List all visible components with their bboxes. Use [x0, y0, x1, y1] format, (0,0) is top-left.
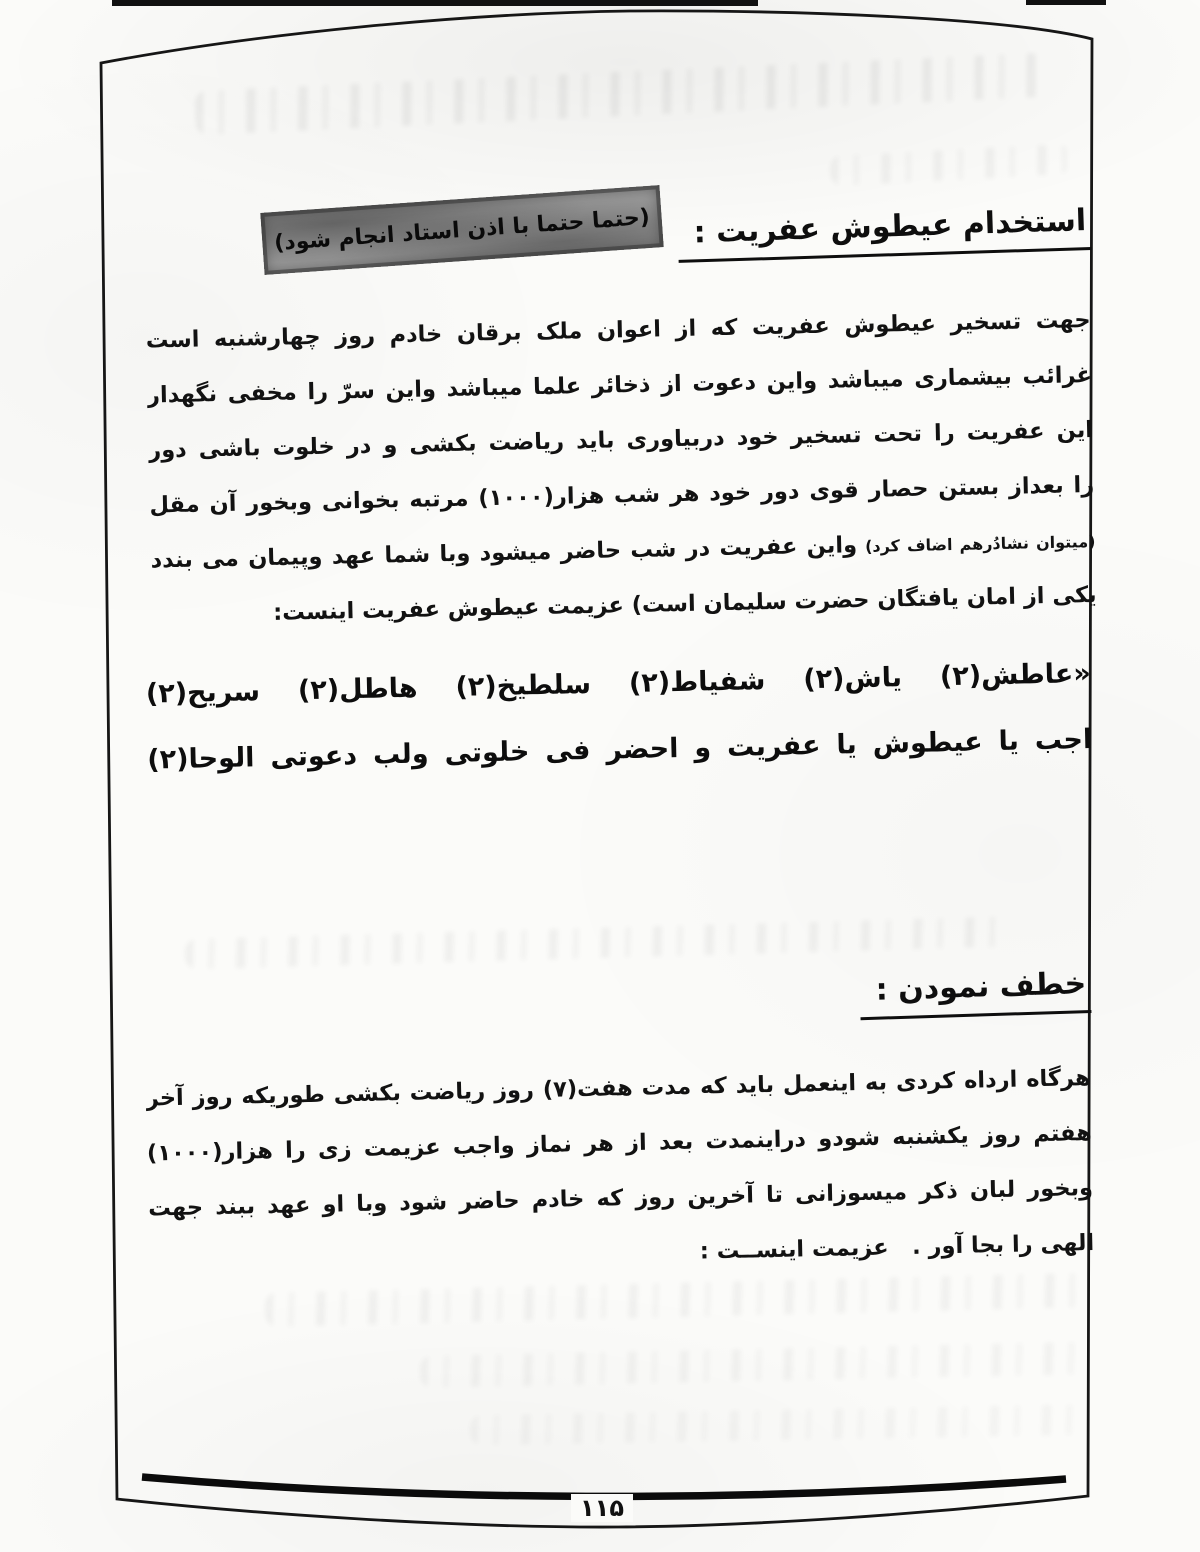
section-khatf-heading: خطف نمودن : — [859, 966, 1091, 1020]
page-content: استخدام عیطوش عفریت : (حتما حتما با اذن … — [0, 0, 1200, 1552]
parenthetical-note: (میتوان نشادُرهم اضاف کرد) — [865, 532, 1096, 556]
footer: ۱۱۵ — [0, 1494, 1200, 1522]
section-khatf-paragraph: هرگاه ارداه کردی به اینعمل باید که مدت ه… — [145, 1051, 1095, 1292]
section-istikhdam-heading: استخدام عیطوش عفریت : — [678, 203, 1092, 263]
scanned-book-page: استخدام عیطوش عفریت : (حتما حتما با اذن … — [0, 0, 1200, 1552]
section-istikhdam-paragraph: جهت تسخیر عیطوش عفریت که از اعوان ملک بر… — [145, 293, 1097, 644]
page-number: ۱۱۵ — [571, 1494, 633, 1522]
permission-stamp: (حتما حتما با اذن استاد انجام شود) — [260, 185, 663, 275]
invocation-text: «عاطش(۲) یاش(۲) شفیاط(۲) سلطیخ(۲) هاطل(۲… — [145, 641, 1093, 794]
